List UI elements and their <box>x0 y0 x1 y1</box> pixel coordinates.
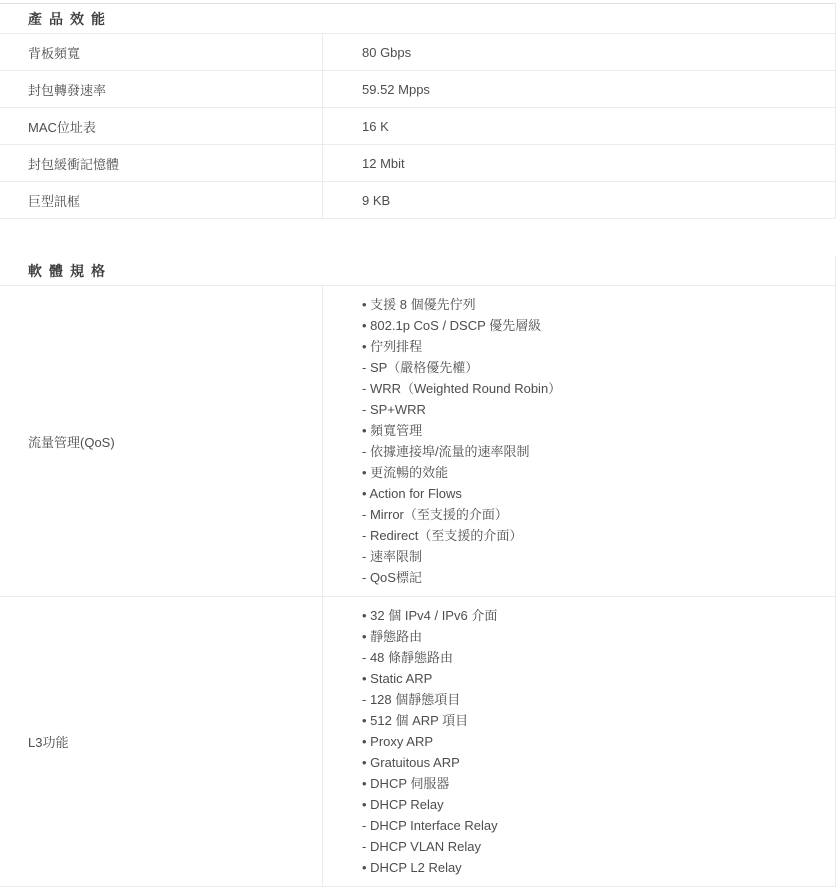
spec-list-item: - SP+WRR <box>362 399 835 420</box>
spec-list-item: • 支援 8 個優先佇列 <box>362 294 835 315</box>
spec-value-cell: 12 Mbit <box>322 145 835 181</box>
spec-value-cell: 16 K <box>322 108 835 144</box>
spec-label: 封包轉發速率 <box>28 80 106 99</box>
spec-list-item: - Redirect（至支援的介面） <box>362 525 835 546</box>
spec-row: 封包轉發速率 59.52 Mpps <box>0 71 835 108</box>
spec-value-cell: 59.52 Mpps <box>322 71 835 107</box>
spec-row: MAC位址表 16 K <box>0 108 835 145</box>
spec-label-cell: 流量管理(QoS) <box>0 286 322 596</box>
spec-row: 背板頻寬 80 Gbps <box>0 34 835 71</box>
spec-list-item: - 依據連接埠/流量的速率限制 <box>362 441 835 462</box>
spec-value: 80 Gbps <box>362 44 835 61</box>
spec-page: 產品效能 背板頻寬 80 Gbps 封包轉發速率 <box>0 0 838 887</box>
spec-label: 背板頻寬 <box>28 43 80 62</box>
spec-row: 流量管理(QoS) • 支援 8 個優先佇列 • 802.1p CoS / DS… <box>0 286 835 597</box>
spec-label: L3功能 <box>28 732 68 751</box>
spec-label-cell: 巨型訊框 <box>0 182 322 218</box>
section-header: 軟體規格 <box>0 256 835 286</box>
spec-list-item: • Gratuitous ARP <box>362 752 835 773</box>
spec-label-cell: 封包轉發速率 <box>0 71 322 107</box>
spec-label-cell: 背板頻寬 <box>0 34 322 70</box>
spec-value: 59.52 Mpps <box>362 81 835 98</box>
section-title: 軟體規格 <box>28 261 112 281</box>
spec-label: 封包緩衝記憶體 <box>28 154 119 173</box>
spec-list-item: • 802.1p CoS / DSCP 優先層級 <box>362 315 835 336</box>
spec-list-item: • DHCP Relay <box>362 794 835 815</box>
spec-list-item: - Mirror（至支援的介面） <box>362 504 835 525</box>
spec-list-item: • 512 個 ARP 項目 <box>362 710 835 731</box>
spec-list-item: • 更流暢的效能 <box>362 462 835 483</box>
spec-list-item: - DHCP VLAN Relay <box>362 836 835 857</box>
spec-list-item: - QoS標記 <box>362 567 835 588</box>
spec-value: 9 KB <box>362 192 835 209</box>
spec-list-item: - DHCP Interface Relay <box>362 815 835 836</box>
section-header: 產品效能 <box>0 4 835 34</box>
spec-section: 軟體規格 流量管理(QoS) • 支援 8 個優先佇列 • 802.1p CoS… <box>0 256 836 887</box>
spec-list: • 32 個 IPv4 / IPv6 介面 • 靜態路由 - 48 條靜態路由 … <box>362 605 835 878</box>
spec-list-item: - WRR（Weighted Round Robin） <box>362 378 835 399</box>
spec-value-cell: • 支援 8 個優先佇列 • 802.1p CoS / DSCP 優先層級 • … <box>322 286 835 596</box>
spec-list-item: • 頻寬管理 <box>362 420 835 441</box>
spec-section: 產品效能 背板頻寬 80 Gbps 封包轉發速率 <box>0 3 836 219</box>
spec-value-cell: • 32 個 IPv4 / IPv6 介面 • 靜態路由 - 48 條靜態路由 … <box>322 597 835 886</box>
spec-list-item: - 速率限制 <box>362 546 835 567</box>
spec-list-item: • DHCP 伺服器 <box>362 773 835 794</box>
spec-label: 巨型訊框 <box>28 191 80 210</box>
spec-row: 封包緩衝記憶體 12 Mbit <box>0 145 835 182</box>
spec-label: MAC位址表 <box>28 117 96 136</box>
spec-label-cell: L3功能 <box>0 597 322 886</box>
spec-list-item: - 48 條靜態路由 <box>362 647 835 668</box>
spec-list-item: • Action for Flows <box>362 483 835 504</box>
spec-value-cell: 80 Gbps <box>322 34 835 70</box>
section-title: 產品效能 <box>28 9 112 29</box>
spec-list-item: - SP（嚴格優先權） <box>362 357 835 378</box>
spec-list-item: • Static ARP <box>362 668 835 689</box>
spec-label-cell: 封包緩衝記憶體 <box>0 145 322 181</box>
spec-list-item: • DHCP L2 Relay <box>362 857 835 878</box>
spec-value: 12 Mbit <box>362 155 835 172</box>
spec-label: 流量管理(QoS) <box>28 432 115 451</box>
spec-label-cell: MAC位址表 <box>0 108 322 144</box>
spec-row: L3功能 • 32 個 IPv4 / IPv6 介面 • 靜態路由 - 48 條… <box>0 597 835 887</box>
spec-list: • 支援 8 個優先佇列 • 802.1p CoS / DSCP 優先層級 • … <box>362 294 835 588</box>
spec-list-item: • 佇列排程 <box>362 336 835 357</box>
spec-list-item: • 32 個 IPv4 / IPv6 介面 <box>362 605 835 626</box>
spec-value-cell: 9 KB <box>322 182 835 218</box>
spec-list-item: - 128 個靜態項目 <box>362 689 835 710</box>
spec-row: 巨型訊框 9 KB <box>0 182 835 219</box>
spec-list-item: • 靜態路由 <box>362 626 835 647</box>
spec-list-item: • Proxy ARP <box>362 731 835 752</box>
spec-value: 16 K <box>362 118 835 135</box>
